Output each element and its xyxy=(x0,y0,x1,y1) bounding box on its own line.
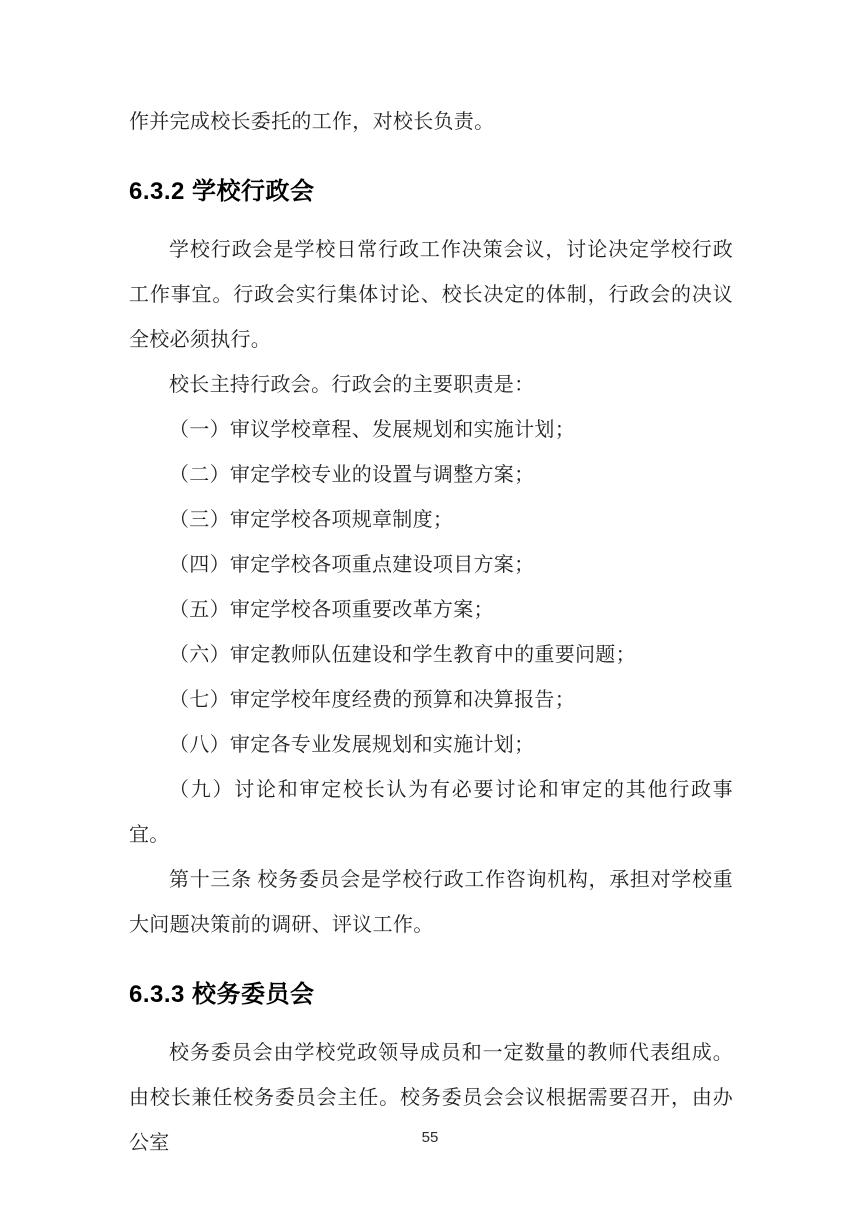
document-page: 作并完成校长委托的工作，对校长负责。 6.3.2 学校行政会 学校行政会是学校日… xyxy=(0,0,860,1216)
list-item-duty-6: （六）审定教师队伍建设和学生教育中的重要问题； xyxy=(129,633,733,678)
list-item-duty-3: （三）审定学校各项规章制度； xyxy=(129,498,733,543)
page-content: 作并完成校长委托的工作，对校长负责。 6.3.2 学校行政会 学校行政会是学校日… xyxy=(129,100,733,1166)
list-item-duty-5: （五）审定学校各项重要改革方案； xyxy=(129,588,733,633)
list-item-duty-1: （一）审议学校章程、发展规划和实施计划； xyxy=(129,408,733,453)
paragraph-632-intro: 学校行政会是学校日常行政工作决策会议，讨论决定学校行政工作事宜。行政会实行集体讨… xyxy=(129,228,733,363)
paragraph-article-13: 第十三条 校务委员会是学校行政工作咨询机构，承担对学校重大问题决策前的调研、评议… xyxy=(129,858,733,948)
paragraph-continuation: 作并完成校长委托的工作，对校长负责。 xyxy=(129,100,733,145)
section-heading-633: 6.3.3 校务委员会 xyxy=(129,978,733,1011)
page-number: 55 xyxy=(0,1128,860,1148)
list-item-duty-9: （九）讨论和审定校长认为有必要讨论和审定的其他行政事宜。 xyxy=(129,768,733,858)
list-item-duty-4: （四）审定学校各项重点建设项目方案； xyxy=(129,543,733,588)
list-item-duty-8: （八）审定各专业发展规划和实施计划； xyxy=(129,723,733,768)
list-item-duty-7: （七）审定学校年度经费的预算和决算报告； xyxy=(129,678,733,723)
paragraph-632-lead: 校长主持行政会。行政会的主要职责是： xyxy=(129,363,733,408)
list-item-duty-2: （二）审定学校专业的设置与调整方案； xyxy=(129,453,733,498)
section-heading-632: 6.3.2 学校行政会 xyxy=(129,175,733,208)
